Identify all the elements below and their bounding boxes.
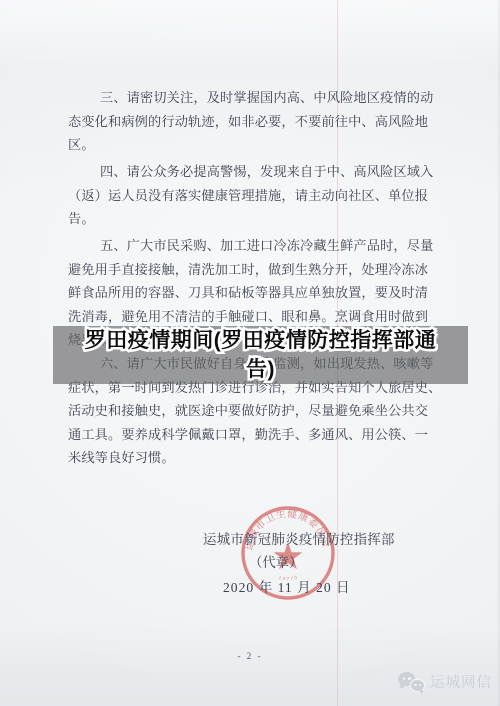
news-title-line1: 罗田疫情期间(罗田疫情防控指挥部通 罗田疫情期间(罗田疫情防控指挥部通 — [53, 326, 468, 355]
text-line: 避免用手直接接触，清洗加工时，做到生熟分开，处理冷冻冰 — [68, 258, 440, 282]
signature-org: 运城市新冠肺炎疫情防控指挥部 — [203, 529, 395, 548]
watermark: 运城网信 — [398, 671, 492, 692]
scanned-notice-page: 运城市卫生健康委员会 14770 三、请密切关注，及时掌握国内高、中风险地区疫情… — [0, 0, 500, 706]
text-line: 态变化和病例的行动轨迹，如非必要，不要前往中、高风险地 — [68, 110, 440, 134]
title-text: 罗田疫情期间(罗田疫情防控指挥部通 — [85, 329, 437, 352]
text-line: （返）运人员没有落实健康管理措施，请主动向社区、单位报 — [68, 184, 440, 208]
paragraph-3: 三、请密切关注，及时掌握国内高、中风险地区疫情的动 态变化和病例的行动轨迹，如非… — [68, 86, 440, 157]
text-line: 米线等良好习惯。 — [68, 446, 440, 470]
news-title-line2: 告) 告) — [53, 355, 468, 384]
text-line: 活动史和接触史，就医途中要做好防护，尽量避免乘坐公共交 — [68, 399, 440, 423]
paragraph-4: 四、请公众务必提高警惕，发现来自于中、高风险区域入 （返）运人员没有落实健康管理… — [68, 160, 440, 231]
text-line: 洗消毒，避免用不清洁的手触碰口、眼和鼻。烹调食用时做到 — [68, 305, 440, 329]
text-line: 鲜食品所用的容器、刀具和砧板等器具应单独放置，要及时清 — [68, 281, 440, 305]
watermark-label: 运城网信 — [430, 671, 492, 692]
news-title-overlay: 罗田疫情期间(罗田疫情防控指挥部通 罗田疫情期间(罗田疫情防控指挥部通 告) 告… — [53, 326, 468, 384]
text-line: 告。 — [68, 207, 440, 231]
text-line: 五、广大市民采购、加工进口冷冻冷藏生鲜产品时，尽量 — [68, 234, 440, 258]
text-line: 通工具。要养成科学佩戴口罩，勤洗手、多通风、用公筷、一 — [68, 423, 440, 447]
wechat-icon — [398, 671, 425, 692]
signature-date: 2020 年 11 月 20 日 — [223, 576, 351, 596]
page-number: - 2 - — [0, 651, 500, 661]
signature-note: （代章） — [249, 552, 303, 571]
text-line: 四、请公众务必提高警惕，发现来自于中、高风险区域入 — [68, 160, 440, 184]
chat-bubble-small — [411, 680, 424, 691]
title-text: 告) — [246, 358, 275, 381]
text-line: 三、请密切关注，及时掌握国内高、中风险地区疫情的动 — [68, 86, 440, 110]
text-line: 区。 — [68, 133, 440, 157]
